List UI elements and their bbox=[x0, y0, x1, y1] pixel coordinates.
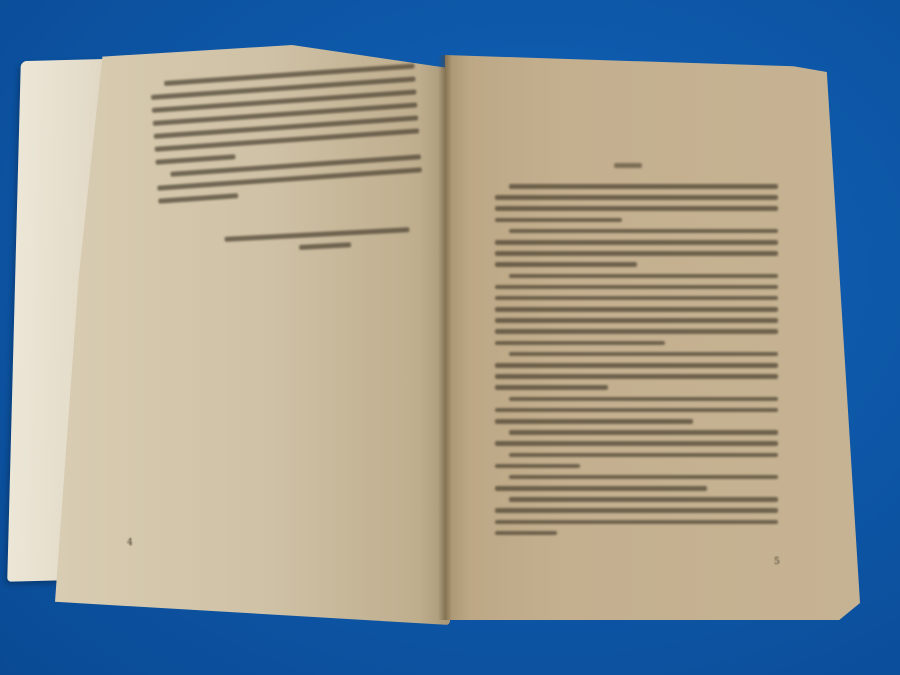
page-number-right: 5 bbox=[774, 557, 780, 567]
right-page-text bbox=[495, 184, 778, 542]
left-page-text bbox=[150, 64, 423, 212]
photo-scene: 4 5 bbox=[0, 0, 900, 675]
page-number-left: 4 bbox=[127, 538, 133, 548]
right-page-heading bbox=[614, 163, 642, 168]
book-gutter bbox=[438, 55, 452, 620]
